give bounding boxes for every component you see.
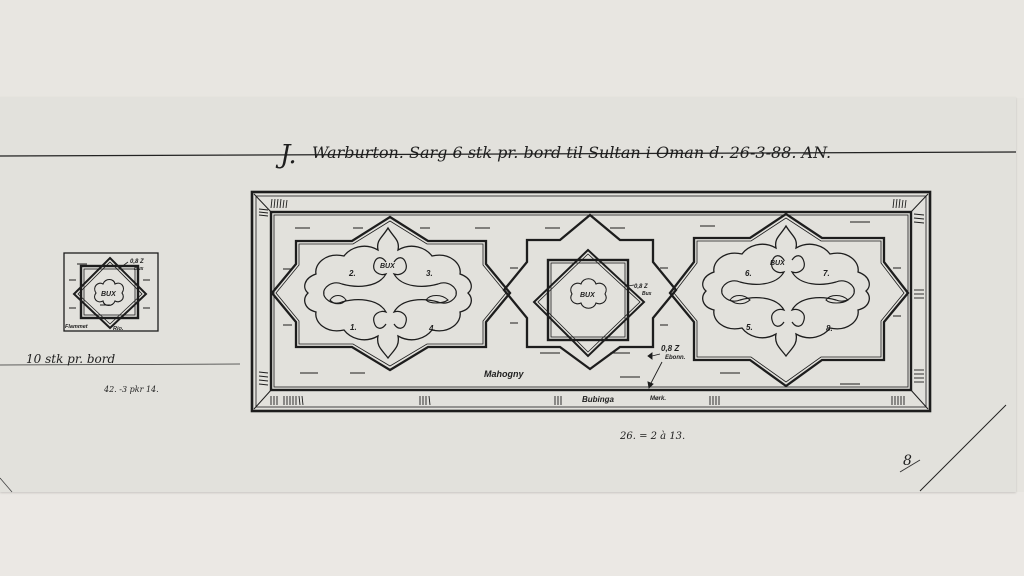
small-panel-annotation: 0,8 Z bbox=[130, 259, 144, 265]
small-panel-rio-label: Rio. bbox=[113, 326, 124, 332]
small-panel-code-note: 42. -3 pkr 14. bbox=[103, 385, 159, 394]
marquetry-drawing: J. Warburton. Sarg 6 stk pr. bord til Su… bbox=[0, 0, 1024, 576]
right-medallion-label: BUX bbox=[770, 260, 786, 267]
right-medallion-piece-5: 5. bbox=[746, 323, 753, 332]
left-medallion-piece-4: 4. bbox=[428, 324, 436, 333]
main-panel-code-note: 26. = 2 à 13. bbox=[619, 431, 685, 442]
center-medallion: BUX 0,8 Z Bux bbox=[504, 215, 676, 369]
title-text: Warburton. Sarg 6 stk pr. bord til Sulta… bbox=[312, 143, 831, 162]
ebony-annotation-sub: Ebonn. bbox=[665, 355, 686, 361]
right-medallion-piece-8: 8. bbox=[826, 324, 833, 333]
left-medallion-piece-2: 2. bbox=[348, 269, 356, 278]
center-medallion-annotation: 0,8 Z bbox=[634, 284, 648, 290]
center-medallion-annotation-sub: Bux bbox=[642, 291, 652, 297]
small-panel-flammet-label: Flammet bbox=[65, 324, 89, 330]
small-panel-center-label: BUX bbox=[101, 291, 117, 298]
quantity-note: 10 stk pr. bord bbox=[26, 352, 116, 366]
right-medallion-piece-7: 7. bbox=[823, 269, 830, 278]
right-medallion: BUX 6. 7. 5. 8. bbox=[670, 214, 908, 386]
annotation-arrows bbox=[648, 353, 662, 388]
right-medallion-piece-6: 6. bbox=[745, 269, 752, 278]
small-sample-panel: BUX 0,8 Z Bux Flammet Rio. bbox=[64, 253, 158, 332]
left-medallion-label: BUX bbox=[380, 263, 396, 270]
title-block: J. Warburton. Sarg 6 stk pr. bord til Su… bbox=[0, 140, 1016, 170]
dark-annotation: Mørk. bbox=[650, 396, 666, 402]
center-medallion-label: BUX bbox=[580, 292, 596, 299]
left-medallion: BUX 2. 3. 1. 4. bbox=[272, 217, 510, 370]
left-medallion-piece-3: 3. bbox=[426, 269, 433, 278]
sheet-mark: 8 bbox=[903, 453, 912, 469]
left-medallion-piece-1: 1. bbox=[350, 323, 357, 332]
border-material-label: Bubinga bbox=[582, 395, 615, 404]
small-panel-annotation-sub: Bux bbox=[134, 266, 144, 272]
field-material-label: Mahogny bbox=[484, 369, 524, 379]
ebony-annotation: 0,8 Z bbox=[661, 344, 680, 353]
